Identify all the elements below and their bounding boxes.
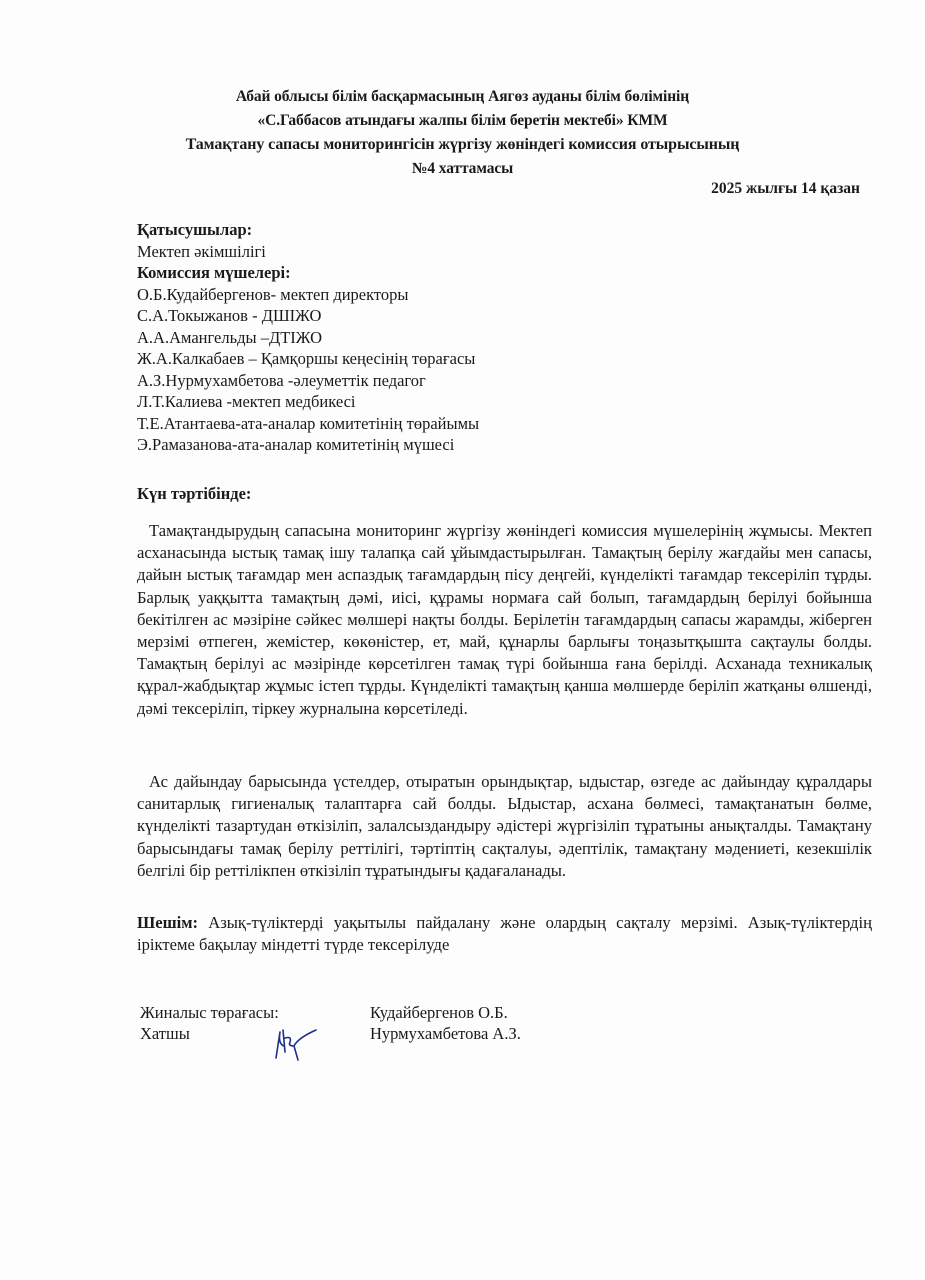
secretary-label: Хатшы	[140, 1023, 190, 1045]
commission-member: С.А.Токыжанов - ДШІЖО	[137, 305, 479, 327]
secretary-name: Нурмухамбетова А.З.	[370, 1023, 521, 1045]
handwritten-signature-icon	[268, 1022, 320, 1062]
commission-member: А.А.Амангельды –ДТІЖО	[137, 327, 479, 349]
commission-member: Л.Т.Калиева -мектеп медбикесі	[137, 391, 479, 413]
header-department: Абай облысы білім басқармасының Аягөз ау…	[0, 88, 925, 106]
header-protocol-number: №4 хаттамасы	[0, 160, 925, 178]
participants-value: Мектеп әкімшілігі	[137, 241, 479, 263]
commission-member: А.З.Нурмухамбетова -әлеуметтік педагог	[137, 370, 479, 392]
participants-heading: Қатысушылар:	[137, 219, 479, 241]
participants-section: Қатысушылар: Мектеп әкімшілігі Комиссия …	[137, 219, 479, 456]
commission-member: О.Б.Кудайбергенов- мектеп директоры	[137, 284, 479, 306]
commission-member: Т.Е.Атантаева-ата-аналар комитетінің төр…	[137, 413, 479, 435]
decision-section: Шешім: Азық-түліктерді уақытылы пайдалан…	[137, 912, 872, 956]
protocol-date: 2025 жылғы 14 қазан	[711, 180, 860, 198]
agenda-heading: Күн тәртібінде:	[137, 484, 251, 504]
commission-heading: Комиссия мүшелері:	[137, 262, 479, 284]
header-school: «С.Габбасов атындағы жалпы білім беретін…	[0, 112, 925, 130]
agenda-paragraph: Тамақтандырудың сапасына мониторинг жүрг…	[137, 520, 872, 720]
decision-label: Шешім:	[137, 913, 198, 932]
agenda-paragraph: Ас дайындау барысында үстелдер, отыратын…	[137, 771, 872, 882]
commission-member: Э.Рамазанова-ата-аналар комитетінің мүше…	[137, 434, 479, 456]
document-page: Абай облысы білім басқармасының Аягөз ау…	[0, 0, 925, 1280]
chair-label: Жиналыс төрағасы:	[140, 1002, 279, 1024]
commission-member: Ж.А.Калкабаев – Қамқоршы кеңесінің төрағ…	[137, 348, 479, 370]
chair-name: Кудайбергенов О.Б.	[370, 1002, 508, 1024]
decision-text: Азық-түліктерді уақытылы пайдалану және …	[137, 913, 872, 954]
header-commission-title: Тамақтану сапасы мониторингісін жүргізу …	[0, 136, 925, 154]
